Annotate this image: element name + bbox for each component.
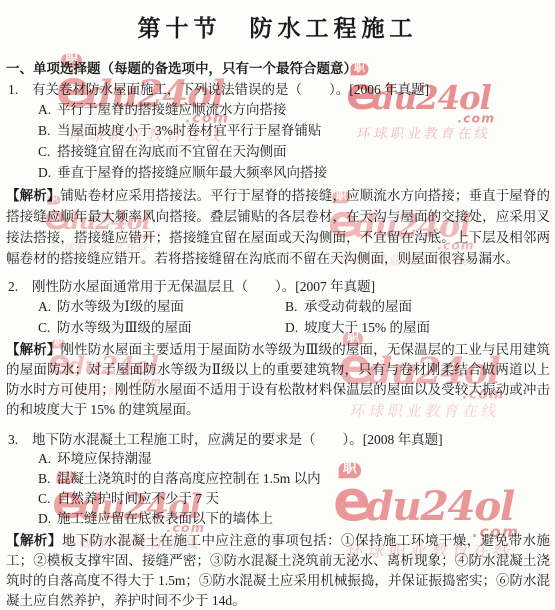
option-letter: A. xyxy=(38,296,57,317)
option-list: A.平行于屋脊的搭接缝应顺流水方向搭接 B.当屋面坡度小于 3%时卷材宜平行于屋… xyxy=(38,99,555,183)
option-letter: C. xyxy=(38,317,57,338)
option-letter: B. xyxy=(38,469,57,489)
option-letter: D. xyxy=(285,317,304,338)
option-row: C.自然养护时间应不少于 7 天 xyxy=(38,489,555,509)
analysis-text: 地下防水混凝土在施工中应注意的事项包括：①保持施工环境干燥，避免带水施工；②模板… xyxy=(6,533,550,608)
option-row: C.搭接缝宜留在沟底而不宜留在天沟侧面 xyxy=(38,141,555,162)
page-content: 第十节 防水工程施工 一、单项选择题（每题的备选项中，只有一个最符合题意） 1.… xyxy=(0,10,555,610)
option-row: A.防水等级为Ⅰ级的屋面 xyxy=(38,296,285,317)
question-source: [2008 年真题] xyxy=(363,432,443,447)
question-source: [2007 年真题] xyxy=(295,279,375,294)
option-text: 防水等级为Ⅲ级的屋面 xyxy=(57,320,192,335)
option-row: B.混凝土浇筑时的自落高度应控制在 1.5m 以内 xyxy=(38,469,555,489)
analysis-paragraph: 【解析】铺贴卷材应采用搭接法。平行于屋脊的搭接缝，应顺流水方向搭接；垂直于屋脊的… xyxy=(6,185,550,269)
option-text: 自然养护时间应不少于 7 天 xyxy=(57,491,219,506)
question-number: 2. xyxy=(8,278,32,296)
option-row: D.垂直于屋脊的搭接缝应顺年最大频率风向搭接 xyxy=(38,162,555,183)
analysis-paragraph: 【解析】地下防水混凝土在施工中应注意的事项包括：①保持施工环境干燥，避免带水施工… xyxy=(6,531,550,610)
section-heading: 一、单项选择题（每题的备选项中，只有一个最符合题意） xyxy=(6,60,555,78)
question-stem: 有关卷材防水屋面施工，下列说法错误的是（ ）。 xyxy=(32,82,349,97)
option-text: 垂直于屋脊的搭接缝应顺年最大频率风向搭接 xyxy=(57,165,327,180)
option-text: 防水等级为Ⅰ级的屋面 xyxy=(57,299,184,314)
option-letter: A. xyxy=(38,99,57,120)
question-number: 1. xyxy=(8,81,32,99)
option-row: D.施工缝应留在底板表面以下的墙体上 xyxy=(38,509,555,529)
analysis-text: 刚性防水屋面主要适用于屋面防水等级为Ⅲ级的屋面，无保温层的工业与民用建筑的屋面防… xyxy=(6,342,550,417)
option-letter: D. xyxy=(38,509,57,529)
option-letter: C. xyxy=(38,141,57,162)
question-number: 3. xyxy=(8,431,32,449)
question-stem-line: 2.刚性防水屋面通常用于无保温层且（ ）。[2007 年真题] xyxy=(8,278,555,296)
question-stem-line: 1.有关卷材防水屋面施工，下列说法错误的是（ ）。[2006 年真题] xyxy=(8,81,555,99)
option-letter: B. xyxy=(285,296,304,317)
option-row: B.承受动荷载的屋面 xyxy=(285,296,555,317)
option-text: 搭接缝宜留在沟底而不宜留在天沟侧面 xyxy=(57,144,287,159)
question-stem-line: 3.地下防水混凝土工程施工时，应满足的要求是（ ）。[2008 年真题] xyxy=(8,431,555,449)
option-text: 当屋面坡度小于 3%时卷材宜平行于屋脊铺贴 xyxy=(57,123,321,138)
option-list: A.环境应保持潮湿 B.混凝土浇筑时的自落高度应控制在 1.5m 以内 C.自然… xyxy=(38,449,555,529)
option-text: 坡度大于 15% 的屋面 xyxy=(304,320,430,335)
analysis-text: 铺贴卷材应采用搭接法。平行于屋脊的搭接缝，应顺流水方向搭接；垂直于屋脊的搭接缝应… xyxy=(6,188,550,266)
scanned-exam-page: 职edu24ol.com 环球职业教育在线 职edu24ol.com 环球职业教… xyxy=(0,0,555,610)
option-row: B.当屋面坡度小于 3%时卷材宜平行于屋脊铺贴 xyxy=(38,120,555,141)
analysis-label: 【解析】 xyxy=(6,188,60,203)
option-row: D.坡度大于 15% 的屋面 xyxy=(285,317,555,338)
option-text: 施工缝应留在底板表面以下的墙体上 xyxy=(57,511,273,526)
analysis-label: 【解析】 xyxy=(6,342,60,357)
option-row: A.平行于屋脊的搭接缝应顺流水方向搭接 xyxy=(38,99,555,120)
option-list: A.防水等级为Ⅰ级的屋面 B.承受动荷载的屋面 C.防水等级为Ⅲ级的屋面 D.坡… xyxy=(38,296,555,338)
option-text: 承受动荷载的屋面 xyxy=(304,299,412,314)
option-text: 环境应保持潮湿 xyxy=(57,451,152,466)
page-title: 第十节 防水工程施工 xyxy=(0,10,555,43)
question-source: [2006 年真题] xyxy=(349,82,429,97)
question-stem: 地下防水混凝土工程施工时，应满足的要求是（ ）。 xyxy=(32,432,363,447)
option-row: A.环境应保持潮湿 xyxy=(38,449,555,469)
option-letter: D. xyxy=(38,162,57,183)
question-3: 3.地下防水混凝土工程施工时，应满足的要求是（ ）。[2008 年真题] A.环… xyxy=(0,431,555,610)
option-row: C.防水等级为Ⅲ级的屋面 xyxy=(38,317,285,338)
analysis-label: 【解析】 xyxy=(6,533,62,548)
option-text: 混凝土浇筑时的自落高度应控制在 1.5m 以内 xyxy=(57,471,321,486)
analysis-paragraph: 【解析】刚性防水屋面主要适用于屋面防水等级为Ⅲ级的屋面，无保温层的工业与民用建筑… xyxy=(6,340,550,420)
option-letter: B. xyxy=(38,120,57,141)
question-1: 1.有关卷材防水屋面施工，下列说法错误的是（ ）。[2006 年真题] A.平行… xyxy=(0,81,555,269)
option-text: 平行于屋脊的搭接缝应顺流水方向搭接 xyxy=(57,102,287,117)
question-2: 2.刚性防水屋面通常用于无保温层且（ ）。[2007 年真题] A.防水等级为Ⅰ… xyxy=(0,278,555,420)
option-letter: A. xyxy=(38,449,57,469)
option-letter: C. xyxy=(38,489,57,509)
question-stem: 刚性防水屋面通常用于无保温层且（ ）。 xyxy=(32,279,295,294)
